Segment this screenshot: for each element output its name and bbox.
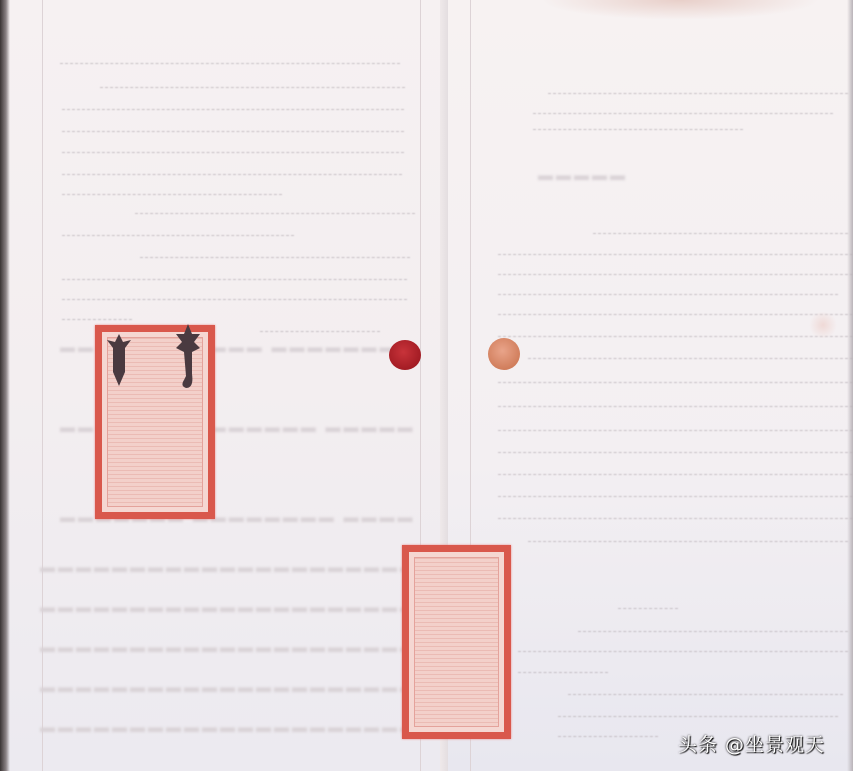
bleed-through-text: ▬▬▬▬▬▬▬▬▬▬▬▬▬▬▬▬▬▬▬▬▬▬ <box>40 680 436 697</box>
handwriting-line <box>62 108 404 110</box>
handwriting-line <box>498 381 853 383</box>
handwriting-line <box>62 278 407 280</box>
handwriting-line <box>498 429 853 431</box>
handwriting-line <box>548 92 848 94</box>
handwriting-line <box>533 112 833 114</box>
handwriting-line <box>498 293 838 295</box>
handwriting-line <box>518 671 608 673</box>
handwriting-line <box>498 517 853 519</box>
red-seal-right <box>402 545 511 739</box>
handwriting-line <box>578 630 848 632</box>
handwriting-line <box>558 735 658 737</box>
handwriting-line <box>528 357 853 359</box>
bleed-through-text: ▬▬▬▬▬▬▬▬▬▬▬▬▬▬▬▬▬▬▬▬▬▬ <box>40 560 436 577</box>
wax-seal-orange <box>488 338 520 370</box>
handwriting-line <box>518 650 848 652</box>
wax-seal-red <box>389 340 421 370</box>
handwriting-line <box>528 540 848 542</box>
bleed-through-text: ▬▬▬▬▬▬▬▬▬▬▬▬▬▬▬▬▬▬▬▬▬▬ <box>40 720 436 737</box>
handwriting-line <box>498 313 853 315</box>
handwriting-heading <box>618 607 678 609</box>
handwriting-line <box>62 193 282 195</box>
handwriting-line <box>498 451 853 453</box>
handwriting-line <box>498 253 853 255</box>
handwriting-line <box>498 473 853 475</box>
handwriting-line <box>62 318 132 320</box>
left-page: ▬▬▬▬ ▬▬▬▬▬▬▬ ▬▬▬▬▬▬▬ ▬▬▬▬▬▬ ▬▬▬▬▬▬▬▬ ▬▬▬… <box>0 0 448 771</box>
clasp-icon <box>103 332 135 392</box>
handwriting-line <box>558 715 838 717</box>
bleed-through-text: ▬▬▬▬▬▬▬▬▬▬▬▬▬▬▬▬▬▬▬▬▬▬ <box>40 640 436 657</box>
handwriting-line <box>593 232 848 234</box>
handwriting-line <box>498 273 853 275</box>
handwriting-line <box>62 234 294 236</box>
watermark: 头条 @坐景观天 <box>678 730 825 757</box>
handwriting-line <box>62 173 402 175</box>
handwriting-line <box>498 335 853 337</box>
handwriting-line <box>62 298 407 300</box>
handwriting-line <box>100 86 405 88</box>
handwriting-line <box>140 256 410 258</box>
signature <box>260 330 380 332</box>
handwriting-line <box>533 128 743 130</box>
right-page: ▬▬▬▬▬ <box>448 0 853 771</box>
handwriting-line <box>60 62 400 64</box>
handwriting-line <box>62 130 404 132</box>
page-edge <box>847 0 853 771</box>
bleed-through-text: ▬▬▬▬▬▬▬▬▬▬▬▬▬▬▬▬▬▬▬▬▬▬ <box>40 600 436 617</box>
handwriting-line <box>498 495 853 497</box>
photo-glare <box>540 0 820 20</box>
handwriting-line <box>135 212 415 214</box>
book-edge <box>0 0 10 771</box>
handwriting-line <box>498 405 853 407</box>
handwriting-line <box>62 151 404 153</box>
handwriting-line <box>568 693 843 695</box>
stain <box>808 312 838 338</box>
clasp-icon <box>172 322 204 396</box>
bleed-through-text: ▬▬▬▬▬ <box>538 168 628 185</box>
